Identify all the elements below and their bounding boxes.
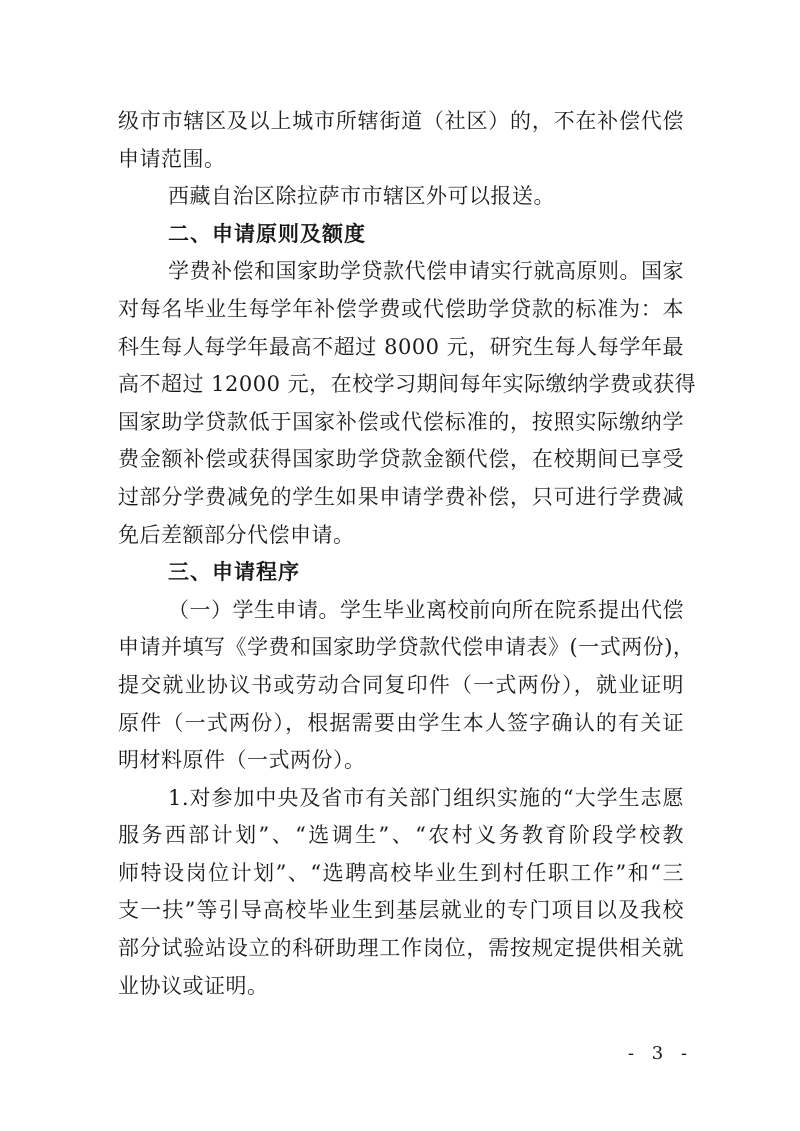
text-line: 级市市辖区及以上城市所辖街道（社区）的，不在补偿代偿 xyxy=(118,103,684,141)
text-line: 科生每人每学年最高不超过 8000 元，研究生每人每学年最 xyxy=(118,329,684,367)
section-heading: 三、申请程序 xyxy=(118,554,684,592)
text-line: 原件（一式两份），根据需要由学生本人签字确认的有关证 xyxy=(118,705,684,743)
text-line: 免后差额部分代偿申请。 xyxy=(118,517,684,555)
text-line: 申请并填写《学费和国家助学贷款代偿申请表》(一式两份)， xyxy=(118,629,684,667)
text-line: 国家助学贷款低于国家补偿或代偿标准的，按照实际缴纳学 xyxy=(118,404,684,442)
text-line: （一）学生申请。学生毕业离校前向所在院系提出代偿 xyxy=(118,592,684,630)
text-line: 师特设岗位计划”、“选聘高校毕业生到村任职工作”和“三 xyxy=(118,855,684,893)
text-line: 1.对参加中央及省市有关部门组织实施的“大学生志愿 xyxy=(118,780,684,818)
text-line: 学费补偿和国家助学贷款代偿申请实行就高原则。国家 xyxy=(118,253,684,291)
text-line: 部分试验站设立的科研助理工作岗位，需按规定提供相关就 xyxy=(118,930,684,968)
text-line: 对每名毕业生每学年补偿学费或代偿助学贷款的标准为：本 xyxy=(118,291,684,329)
text-line: 高不超过 12000 元，在校学习期间每年实际缴纳学费或获得 xyxy=(118,366,684,404)
text-line: 服务西部计划”、“选调生”、“农村义务教育阶段学校教 xyxy=(118,817,684,855)
text-line: 申请范围。 xyxy=(118,141,684,179)
text-line: 西藏自治区除拉萨市市辖区外可以报送。 xyxy=(118,178,684,216)
text-line: 业协议或证明。 xyxy=(118,968,684,1006)
text-line: 明材料原件（一式两份）。 xyxy=(118,742,684,780)
page-number: - 3 - xyxy=(628,1043,693,1064)
text-line: 费金额补偿或获得国家助学贷款金额代偿，在校期间已享受 xyxy=(118,441,684,479)
text-line: 支一扶”等引导高校毕业生到基层就业的专门项目以及我校 xyxy=(118,892,684,930)
text-line: 提交就业协议书或劳动合同复印件（一式两份），就业证明 xyxy=(118,667,684,705)
document-body: 级市市辖区及以上城市所辖街道（社区）的，不在补偿代偿 申请范围。 西藏自治区除拉… xyxy=(118,103,684,1005)
text-line: 过部分学费减免的学生如果申请学费补偿，只可进行学费减 xyxy=(118,479,684,517)
section-heading: 二、申请原则及额度 xyxy=(118,216,684,254)
